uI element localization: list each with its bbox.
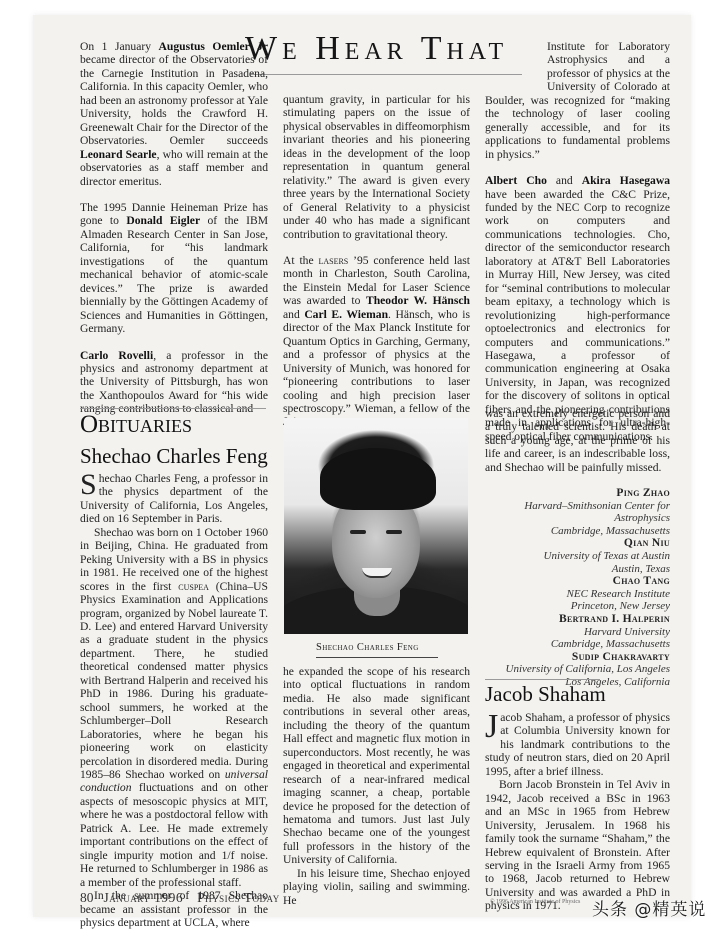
shaham-rule — [485, 679, 600, 680]
photo-caption: Shechao Charles Feng — [316, 642, 419, 653]
obituary-name-feng: Shechao Charles Feng — [80, 444, 268, 469]
feng-column-1: Shechao Charles Feng, a professor in the… — [80, 472, 268, 929]
we-hear-that-column-2: quantum gravity, in particular for his s… — [283, 93, 470, 429]
feng-column-3: was an extremely energetic person and a … — [485, 407, 670, 474]
feng-column-2: he expanded the scope of his research in… — [283, 665, 470, 907]
we-hear-that-column-3: Institute for Laboratory Astrophysics an… — [485, 40, 670, 443]
feng-biography: Shechao was born on 1 October 1960 in Be… — [80, 526, 268, 889]
we-hear-that-column-1: On 1 January Augustus Oemler Jr became d… — [80, 40, 268, 416]
person-name: Augustus Oemler Jr — [159, 40, 268, 53]
item-eigler: The 1995 Dannie Heineman Prize has gone … — [80, 201, 268, 336]
page-footer: 80January 1996Physics Today — [80, 890, 294, 906]
obituaries-rule — [80, 408, 266, 409]
caption-underline — [316, 657, 438, 658]
person-name: Akira Hasegawa — [582, 174, 670, 187]
obituaries-heading: Obituaries — [80, 411, 192, 439]
watermark: 头条 @精英说 — [592, 895, 706, 920]
item-rovelli: Carlo Rovelli, a professor in the physic… — [80, 349, 268, 416]
feng-leisure: In his leisure time, Shechao enjoyed pla… — [283, 867, 470, 907]
signatory: Ping Zhao Harvard–Smithsonian Center for… — [485, 487, 670, 537]
person-name: Albert Cho — [485, 174, 547, 187]
shaham-intro: Jacob Shaham, a professor of physics at … — [485, 711, 670, 778]
person-name: Theodor W. Hänsch — [366, 294, 470, 307]
person-name: Carl E. Wieman — [304, 308, 388, 321]
feng-closing: was an extremely energetic person and a … — [485, 407, 670, 474]
drop-cap: S — [80, 473, 97, 497]
signatory: Bertrand I. Halperin Harvard University … — [485, 613, 670, 651]
feng-research: he expanded the scope of his research in… — [283, 665, 470, 867]
section-title-rule — [250, 74, 522, 75]
item-einstein-medal: At the lasers ’95 conference held last m… — [283, 254, 470, 429]
feng-intro: Shechao Charles Feng, a professor in the… — [80, 472, 268, 526]
person-name: Donald Eigler — [126, 214, 200, 227]
publication-name: Physics Today — [197, 890, 280, 905]
signatory: Chao Tang NEC Research Institute Princet… — [485, 575, 670, 613]
item-oemler: On 1 January Augustus Oemler Jr became d… — [80, 40, 268, 188]
item-rovelli-cont: quantum gravity, in particular for his s… — [283, 93, 470, 241]
section-title: We Hear That — [245, 30, 508, 68]
issue-date: January 1996 — [104, 890, 184, 905]
item-cc-prize: Albert Cho and Akira Hasegawa have been … — [485, 174, 670, 443]
person-name: Leonard Searle — [80, 148, 157, 161]
obituary-name-shaham: Jacob Shaham — [485, 682, 606, 707]
shaham-biography: Born Jacob Bronstein in Tel Aviv in 1942… — [485, 778, 670, 913]
signatory: Qian Niu University of Texas at Austin A… — [485, 537, 670, 575]
signatories: Ping Zhao Harvard–Smithsonian Center for… — [485, 487, 670, 689]
shaham-column: Jacob Shaham, a professor of physics at … — [485, 711, 670, 913]
person-name: Carlo Rovelli — [80, 349, 153, 362]
item-wieman-cont: Institute for Laboratory Astrophysics an… — [485, 40, 670, 161]
portrait-photo-feng — [284, 418, 468, 634]
copyright-notice: © 1996 American Institute of Physics — [490, 899, 580, 905]
page-number: 80 — [80, 890, 94, 905]
drop-cap: J — [485, 712, 498, 742]
